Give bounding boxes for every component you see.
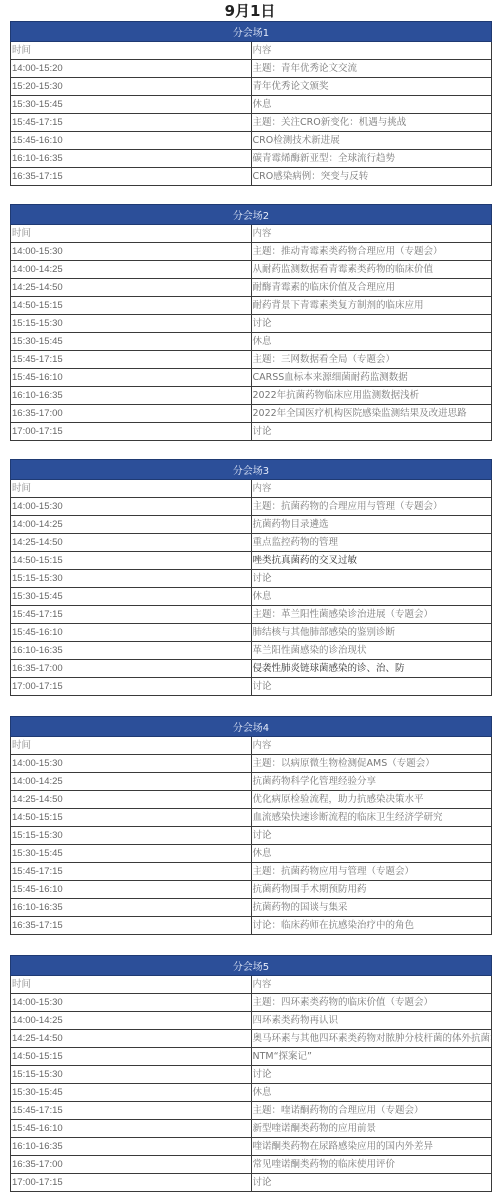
time-cell: 16:35-17:15 [11,917,252,935]
column-header-time: 时间 [11,480,252,498]
content-cell: 2022年全国医疗机构医院感染监测结果及改进思路 [251,405,492,423]
table-row: 16:10-16:35革兰阳性菌感染的诊治现状 [11,642,492,660]
content-cell: 主题：青年优秀论文交流 [251,60,492,78]
table-row: 15:45-16:10肺结核与其他肺部感染的鉴别诊断 [11,624,492,642]
content-cell: 主题：以病原微生物检测促AMS（专题会） [251,755,492,773]
time-cell: 17:00-17:15 [11,423,252,441]
table-row: 15:15-15:30讨论 [11,570,492,588]
content-cell: 讨论 [251,570,492,588]
time-cell: 14:00-14:25 [11,773,252,791]
table-row: 17:00-17:15讨论 [11,423,492,441]
time-cell: 14:00-14:25 [11,516,252,534]
time-cell: 15:45-16:10 [11,369,252,387]
column-header-row: 时间内容 [11,480,492,498]
table-row: 14:25-14:50优化病原检验流程，助力抗感染决策水平 [11,791,492,809]
table-row: 14:50-15:15NTM“探案记” [11,1048,492,1066]
table-row: 15:45-17:15主题：三网数据看全局（专题会） [11,351,492,369]
table-row: 15:45-16:10抗菌药物围手术期预防用药 [11,881,492,899]
schedule-table: 分会场1时间内容14:00-15:20主题：青年优秀论文交流15:20-15:3… [10,21,492,186]
content-cell: 讨论 [251,1174,492,1192]
table-row: 14:00-15:30主题：以病原微生物检测促AMS（专题会） [11,755,492,773]
content-cell: CRO感染病例：突变与反转 [251,168,492,186]
time-cell: 15:30-15:45 [11,96,252,114]
column-header-time: 时间 [11,225,252,243]
table-row: 14:00-14:25从耐药监测数据看青霉素类药物的临床价值 [11,261,492,279]
session-title: 分会场2 [11,205,492,225]
table-row: 14:00-15:20主题：青年优秀论文交流 [11,60,492,78]
time-cell: 16:10-16:35 [11,642,252,660]
time-cell: 17:00-17:15 [11,1174,252,1192]
session-table-4: 分会场4时间内容14:00-15:30主题：以病原微生物检测促AMS（专题会）1… [10,716,492,935]
table-row: 16:35-17:15CRO感染病例：突变与反转 [11,168,492,186]
schedule-table: 分会场5时间内容14:00-15:30主题：四环素类药物的临床价值（专题会）14… [10,955,492,1192]
table-row: 15:45-17:15主题：关注CRO新变化：机遇与挑战 [11,114,492,132]
content-cell: 主题：喹诺酮药物的合理应用（专题会） [251,1102,492,1120]
table-row: 15:45-17:15主题：抗菌药物应用与管理（专题会） [11,863,492,881]
table-row: 15:30-15:45休息 [11,845,492,863]
session-title: 分会场1 [11,22,492,42]
time-cell: 14:50-15:15 [11,1048,252,1066]
table-row: 14:50-15:15血流感染快速诊断流程的临床卫生经济学研究 [11,809,492,827]
content-cell: 讨论 [251,423,492,441]
time-cell: 14:00-14:25 [11,1012,252,1030]
content-cell: 休息 [251,1084,492,1102]
table-row: 16:10-16:35喹诺酮类药物在尿路感染应用的国内外差异 [11,1138,492,1156]
content-cell: 侵袭性肺炎链球菌感染的诊、治、防 [251,660,492,678]
session-title: 分会场3 [11,460,492,480]
column-header-content: 内容 [251,225,492,243]
content-cell: 新型喹诺酮类药物的应用前景 [251,1120,492,1138]
content-cell: 喹诺酮类药物在尿路感染应用的国内外差异 [251,1138,492,1156]
table-row: 15:45-16:10新型喹诺酮类药物的应用前景 [11,1120,492,1138]
content-cell: 血流感染快速诊断流程的临床卫生经济学研究 [251,809,492,827]
column-header-time: 时间 [11,42,252,60]
time-cell: 14:00-15:30 [11,243,252,261]
time-cell: 16:10-16:35 [11,1138,252,1156]
session-title: 分会场5 [11,956,492,976]
time-cell: 16:10-16:35 [11,387,252,405]
content-cell: CRO检测技术新进展 [251,132,492,150]
time-cell: 16:35-17:00 [11,660,252,678]
table-row: 16:10-16:352022年抗菌药物临床应用监测数据浅析 [11,387,492,405]
content-cell: 从耐药监测数据看青霉素类药物的临床价值 [251,261,492,279]
time-cell: 15:45-16:10 [11,624,252,642]
time-cell: 15:30-15:45 [11,845,252,863]
table-row: 15:15-15:30讨论 [11,827,492,845]
table-row: 15:30-15:45休息 [11,333,492,351]
column-header-row: 时间内容 [11,225,492,243]
table-row: 14:25-14:50耐酶青霉素的临床价值及合理应用 [11,279,492,297]
content-cell: 休息 [251,96,492,114]
time-cell: 16:10-16:35 [11,150,252,168]
content-cell: CARSS血标本来源细菌耐药监测数据 [251,369,492,387]
column-header-row: 时间内容 [11,42,492,60]
table-row: 14:00-14:25抗菌药物目录遴选 [11,516,492,534]
table-row: 14:00-14:25四环素类药物再认识 [11,1012,492,1030]
table-row: 16:10-16:35碳青霉烯酶新亚型：全球流行趋势 [11,150,492,168]
time-cell: 14:25-14:50 [11,534,252,552]
time-cell: 15:45-17:15 [11,606,252,624]
content-cell: 主题：推动青霉素类药物合理应用（专题会） [251,243,492,261]
content-cell: 讨论 [251,678,492,696]
content-cell: 常见喹诺酮类药物的临床使用评价 [251,1156,492,1174]
session-table-5: 分会场5时间内容14:00-15:30主题：四环素类药物的临床价值（专题会）14… [10,955,492,1192]
time-cell: 16:10-16:35 [11,899,252,917]
time-cell: 15:45-17:15 [11,114,252,132]
content-cell: 讨论：临床药师在抗感染治疗中的角色 [251,917,492,935]
table-row: 16:35-17:00侵袭性肺炎链球菌感染的诊、治、防 [11,660,492,678]
table-row: 17:00-17:15讨论 [11,1174,492,1192]
time-cell: 14:50-15:15 [11,552,252,570]
column-header-row: 时间内容 [11,976,492,994]
table-row: 16:10-16:35抗菌药物的国谈与集采 [11,899,492,917]
content-cell: 抗菌药物的国谈与集采 [251,899,492,917]
table-row: 15:45-17:15主题：喹诺酮药物的合理应用（专题会） [11,1102,492,1120]
column-header-row: 时间内容 [11,737,492,755]
time-cell: 14:00-15:30 [11,498,252,516]
content-cell: 重点监控药物的管理 [251,534,492,552]
time-cell: 15:15-15:30 [11,315,252,333]
content-cell: 优化病原检验流程，助力抗感染决策水平 [251,791,492,809]
table-row: 15:15-15:30讨论 [11,1066,492,1084]
time-cell: 15:30-15:45 [11,333,252,351]
time-cell: 14:00-15:30 [11,994,252,1012]
time-cell: 15:45-17:15 [11,863,252,881]
table-row: 15:45-16:10CARSS血标本来源细菌耐药监测数据 [11,369,492,387]
time-cell: 15:30-15:45 [11,588,252,606]
time-cell: 16:35-17:15 [11,168,252,186]
time-cell: 15:15-15:30 [11,570,252,588]
time-cell: 15:20-15:30 [11,78,252,96]
table-row: 14:50-15:15耐药背景下青霉素类复方制剂的临床应用 [11,297,492,315]
content-cell: 主题：抗菌药物的合理应用与管理（专题会） [251,498,492,516]
table-row: 14:50-15:15唑类抗真菌药的交叉过敏 [11,552,492,570]
table-row: 14:25-14:50重点监控药物的管理 [11,534,492,552]
schedule-table: 分会场4时间内容14:00-15:30主题：以病原微生物检测促AMS（专题会）1… [10,716,492,935]
content-cell: 耐药背景下青霉素类复方制剂的临床应用 [251,297,492,315]
content-cell: NTM“探案记” [251,1048,492,1066]
table-row: 17:00-17:15讨论 [11,678,492,696]
session-table-2: 分会场2时间内容14:00-15:30主题：推动青霉素类药物合理应用（专题会）1… [10,204,492,441]
content-cell: 主题：革兰阳性菌感染诊治进展（专题会） [251,606,492,624]
time-cell: 15:15-15:30 [11,827,252,845]
content-cell: 讨论 [251,1066,492,1084]
time-cell: 15:45-17:15 [11,1102,252,1120]
time-cell: 16:35-17:00 [11,1156,252,1174]
content-cell: 抗菌药物目录遴选 [251,516,492,534]
content-cell: 讨论 [251,827,492,845]
schedule-table: 分会场2时间内容14:00-15:30主题：推动青霉素类药物合理应用（专题会）1… [10,204,492,441]
content-cell: 奥马环素与其他四环素类药物对脓肿分枝杆菌的体外抗菌活性比较 [251,1030,492,1048]
content-cell: 耐酶青霉素的临床价值及合理应用 [251,279,492,297]
table-row: 15:30-15:45休息 [11,1084,492,1102]
table-row: 15:45-16:10CRO检测技术新进展 [11,132,492,150]
session-table-3: 分会场3时间内容14:00-15:30主题：抗菌药物的合理应用与管理（专题会）1… [10,459,492,696]
content-cell: 四环素类药物再认识 [251,1012,492,1030]
content-cell: 抗菌药物围手术期预防用药 [251,881,492,899]
content-cell: 主题：四环素类药物的临床价值（专题会） [251,994,492,1012]
table-row: 15:20-15:30青年优秀论文颁奖 [11,78,492,96]
table-row: 15:30-15:45休息 [11,588,492,606]
session-title: 分会场4 [11,717,492,737]
table-row: 16:35-17:00常见喹诺酮类药物的临床使用评价 [11,1156,492,1174]
column-header-time: 时间 [11,976,252,994]
content-cell: 碳青霉烯酶新亚型：全球流行趋势 [251,150,492,168]
content-cell: 讨论 [251,315,492,333]
table-row: 14:00-14:25抗菌药物科学化管理经验分享 [11,773,492,791]
time-cell: 14:50-15:15 [11,809,252,827]
table-row: 14:00-15:30主题：抗菌药物的合理应用与管理（专题会） [11,498,492,516]
table-row: 15:15-15:30讨论 [11,315,492,333]
session-table-1: 分会场1时间内容14:00-15:20主题：青年优秀论文交流15:20-15:3… [10,21,492,186]
content-cell: 唑类抗真菌药的交叉过敏 [251,552,492,570]
time-cell: 15:45-17:15 [11,351,252,369]
time-cell: 14:25-14:50 [11,791,252,809]
table-row: 16:35-17:15讨论：临床药师在抗感染治疗中的角色 [11,917,492,935]
time-cell: 15:45-16:10 [11,132,252,150]
column-header-content: 内容 [251,42,492,60]
table-row: 16:35-17:002022年全国医疗机构医院感染监测结果及改进思路 [11,405,492,423]
table-row: 14:25-14:50奥马环素与其他四环素类药物对脓肿分枝杆菌的体外抗菌活性比较 [11,1030,492,1048]
time-cell: 15:45-16:10 [11,1120,252,1138]
time-cell: 15:30-15:45 [11,1084,252,1102]
content-cell: 青年优秀论文颁奖 [251,78,492,96]
time-cell: 15:45-16:10 [11,881,252,899]
table-row: 14:00-15:30主题：四环素类药物的临床价值（专题会） [11,994,492,1012]
column-header-content: 内容 [251,737,492,755]
column-header-time: 时间 [11,737,252,755]
content-cell: 休息 [251,333,492,351]
column-header-content: 内容 [251,976,492,994]
table-row: 14:00-15:30主题：推动青霉素类药物合理应用（专题会） [11,243,492,261]
time-cell: 14:25-14:50 [11,279,252,297]
content-cell: 抗菌药物科学化管理经验分享 [251,773,492,791]
content-cell: 主题：关注CRO新变化：机遇与挑战 [251,114,492,132]
column-header-content: 内容 [251,480,492,498]
time-cell: 14:25-14:50 [11,1030,252,1048]
time-cell: 14:00-15:20 [11,60,252,78]
content-cell: 主题：抗菌药物应用与管理（专题会） [251,863,492,881]
content-cell: 休息 [251,588,492,606]
table-row: 15:30-15:45休息 [11,96,492,114]
time-cell: 14:00-15:30 [11,755,252,773]
schedule-table: 分会场3时间内容14:00-15:30主题：抗菌药物的合理应用与管理（专题会）1… [10,459,492,696]
content-cell: 主题：三网数据看全局（专题会） [251,351,492,369]
content-cell: 2022年抗菌药物临床应用监测数据浅析 [251,387,492,405]
page-title: 9月1日 [0,2,500,20]
content-cell: 休息 [251,845,492,863]
time-cell: 14:50-15:15 [11,297,252,315]
time-cell: 17:00-17:15 [11,678,252,696]
content-cell: 革兰阳性菌感染的诊治现状 [251,642,492,660]
time-cell: 16:35-17:00 [11,405,252,423]
table-row: 15:45-17:15主题：革兰阳性菌感染诊治进展（专题会） [11,606,492,624]
time-cell: 14:00-14:25 [11,261,252,279]
content-cell: 肺结核与其他肺部感染的鉴别诊断 [251,624,492,642]
time-cell: 15:15-15:30 [11,1066,252,1084]
